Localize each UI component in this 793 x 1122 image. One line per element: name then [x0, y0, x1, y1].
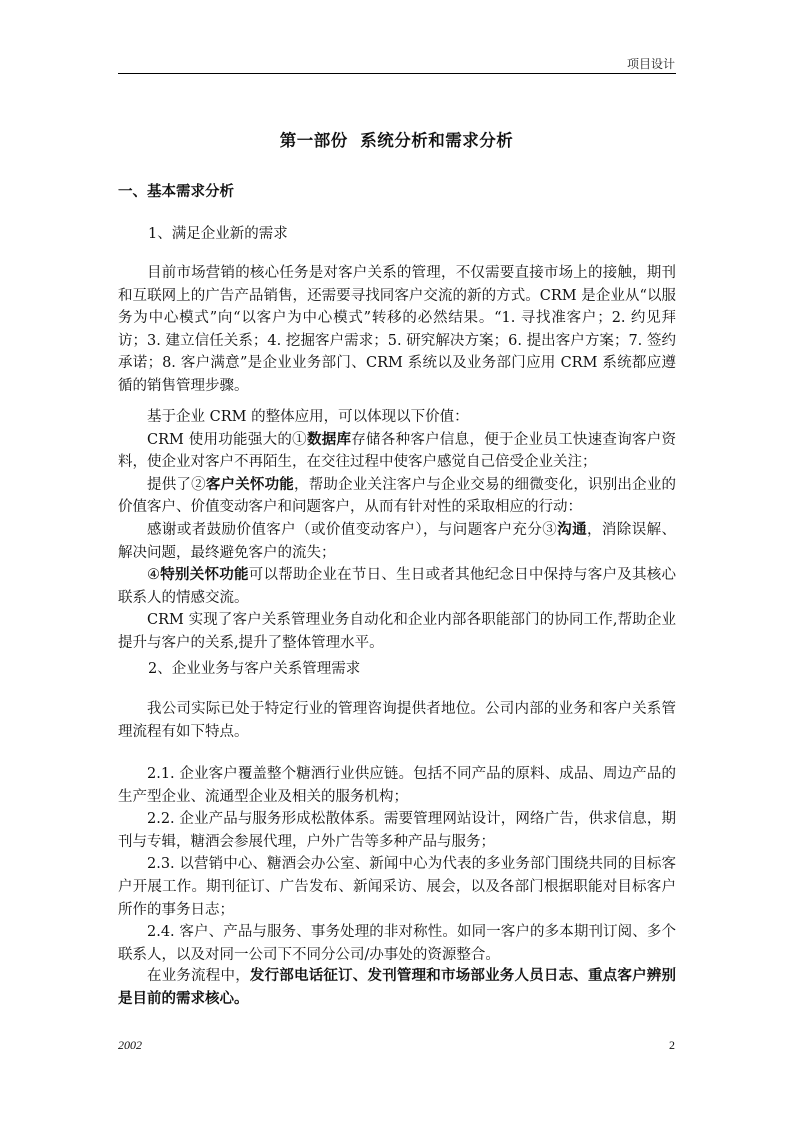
- header-rule: [118, 73, 676, 74]
- bold-term: 数据库: [307, 432, 351, 448]
- value-care: 提供了②客户关怀功能，帮助企业关注客户与企业交易的细微变化，识别出企业的价值客户…: [118, 474, 676, 519]
- page-title: 第一部份 系统分析和需求分析: [0, 127, 793, 151]
- paragraph-text: 目前市场营销的核心任务是对客户关系的管理，不仅需要直接市场上的接触，期刊和互联网…: [118, 262, 676, 398]
- value-database: CRM 使用功能强大的①数据库存储各种客户信息，便于企业员工快速查询客户资料，使…: [118, 429, 676, 474]
- feature-item: 2.4. 客户、产品与服务、事务处理的非对称性。如同一客户的多本期刊订阅、多个联…: [118, 921, 676, 966]
- paragraph-company: 我公司实际已处于特定行业的管理咨询提供者地位。公司内部的业务和客户关系管理流程有…: [118, 698, 676, 743]
- features-list: 2.1. 企业客户覆盖整个糖酒行业供应链。包括不同产品的原料、成品、周边产品的生…: [118, 763, 676, 966]
- feature-item: 2.1. 企业客户覆盖整个糖酒行业供应链。包括不同产品的原料、成品、周边产品的生…: [118, 763, 676, 808]
- running-header: 项目设计: [627, 55, 675, 72]
- crm-conclusion: CRM 实现了客户关系管理业务自动化和企业内部各职能部门的协同工作,帮助企业提升…: [118, 609, 676, 654]
- values-block: 基于企业 CRM 的整体应用，可以体现以下价值： CRM 使用功能强大的①数据库…: [118, 406, 676, 655]
- subsection-heading-2: 2、企业业务与客户关系管理需求: [148, 657, 360, 678]
- section-heading: 一、基本需求分析: [118, 180, 234, 201]
- bold-term: 沟通: [557, 522, 587, 538]
- paragraph-text: 我公司实际已处于特定行业的管理咨询提供者地位。公司内部的业务和客户关系管理流程有…: [118, 698, 676, 743]
- document-page: 项目设计 第一部份 系统分析和需求分析 一、基本需求分析 1、满足企业新的需求 …: [0, 0, 793, 1122]
- footer-year: 2002: [118, 1038, 142, 1053]
- page-number: 2: [669, 1038, 675, 1053]
- value-communication: 感谢或者鼓励价值客户（或价值变动客户），与问题客户充分③沟通，消除误解、解决问题…: [118, 519, 676, 564]
- paragraph-core-needs: 在业务流程中，发行部电话征订、发刊管理和市场部业务人员日志、重点客户辨别是目前的…: [118, 965, 676, 1010]
- feature-item: 2.2. 企业产品与服务形成松散体系。需要管理网站设计，网络广告，供求信息，期刊…: [118, 808, 676, 853]
- bold-term: 客户关怀功能: [206, 477, 294, 493]
- subsection-heading-1: 1、满足企业新的需求: [148, 222, 288, 243]
- value-special-care: ④特别关怀功能可以帮助企业在节日、生日或者其他纪念日中保持与客户及其核心联系人的…: [118, 564, 676, 609]
- feature-item: 2.3. 以营销中心、糖酒会办公室、新闻中心为代表的多业务部门围绕共同的目标客户…: [118, 853, 676, 921]
- paragraph-market: 目前市场营销的核心任务是对客户关系的管理，不仅需要直接市场上的接触，期刊和互联网…: [118, 262, 676, 398]
- values-intro: 基于企业 CRM 的整体应用，可以体现以下价值：: [118, 406, 676, 429]
- bold-term: 特别关怀功能: [160, 567, 248, 583]
